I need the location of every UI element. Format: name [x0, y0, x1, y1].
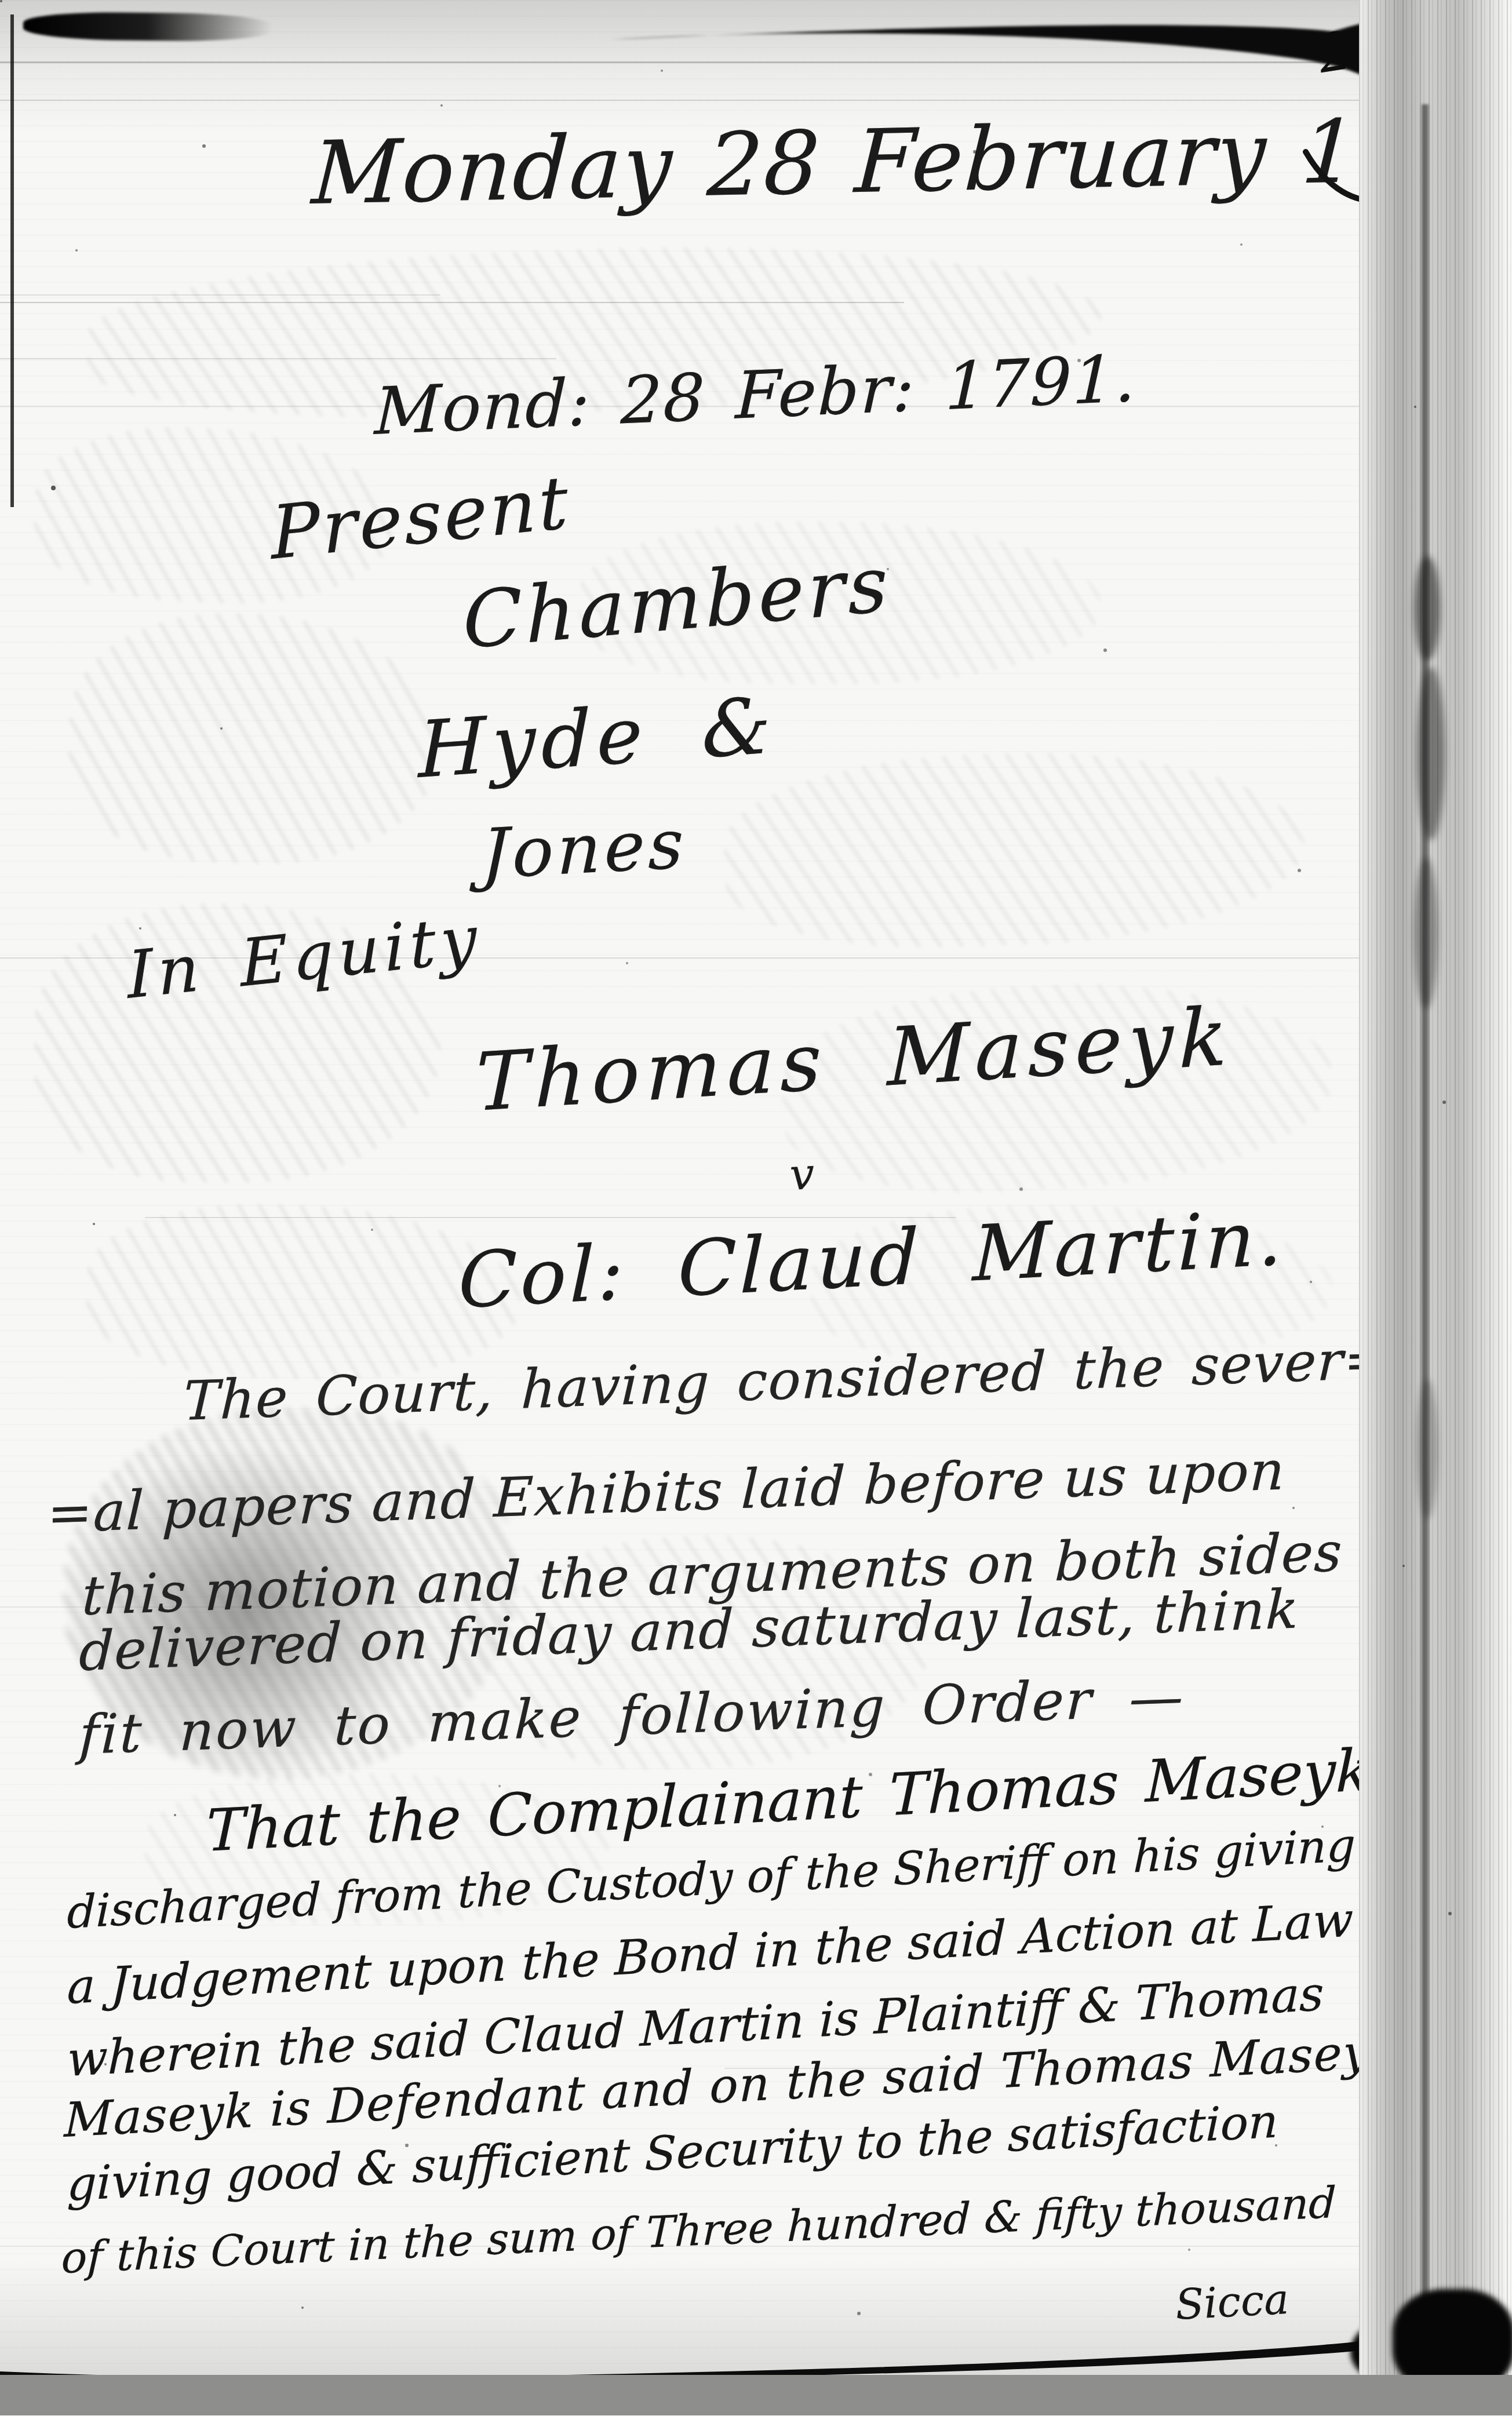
- binding-dark-blob: [1417, 1379, 1438, 1518]
- scan-bed-below-page: [0, 2375, 1512, 2415]
- binding-dark-blob: [1417, 666, 1445, 840]
- book-binding-strip: [1359, 0, 1512, 2434]
- binding-dark-blob: [1415, 556, 1440, 661]
- manuscript-scan: 217. Monday 28 February 1791. Mond: 28 F…: [0, 0, 1512, 2434]
- binding-dark-blob: [1415, 858, 1438, 1008]
- binding-fold-shadow: [1422, 104, 1429, 2335]
- scan-margin-bottom: [0, 2415, 1512, 2434]
- binding-page-edges-texture: [1359, 0, 1512, 2434]
- paper-speckles: [0, 0, 2, 2]
- scan-artifact-overlay: [0, 0, 1512, 2434]
